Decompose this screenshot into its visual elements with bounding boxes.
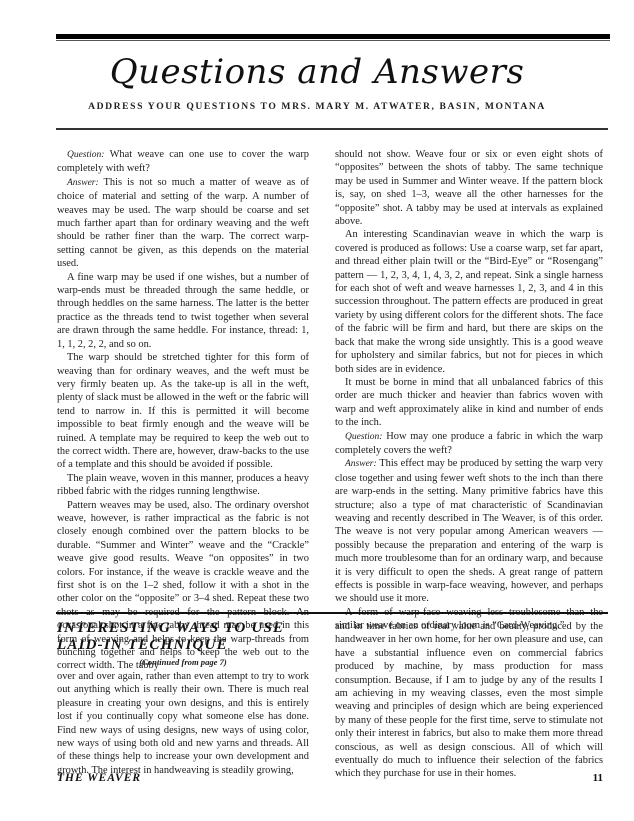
qa-paragraph: It must be borne in mind that all unbala… bbox=[335, 376, 603, 430]
question-label: Question: bbox=[345, 432, 382, 442]
answer-label: Answer: bbox=[67, 178, 99, 188]
article-left-column: over and over again, rather than even at… bbox=[57, 670, 309, 777]
article-divider bbox=[56, 612, 608, 614]
article-right-column: and in time fabrics of real value and be… bbox=[335, 620, 603, 781]
qa-paragraph: The warp should be stretched tighter for… bbox=[57, 351, 309, 472]
qa-paragraph: Question: What weave can one use to cove… bbox=[57, 148, 309, 176]
qa-paragraph: An interesting Scandinavian weave in whi… bbox=[335, 228, 603, 375]
qa-paragraph: should not show. Weave four or six or ev… bbox=[335, 148, 603, 228]
page-subtitle: ADDRESS YOUR QUESTIONS TO MRS. MARY M. A… bbox=[0, 101, 634, 112]
question-label: Question: bbox=[67, 150, 104, 160]
article-paragraph: over and over again, rather than even at… bbox=[57, 670, 309, 777]
article-paragraph: and in time fabrics of real value and be… bbox=[335, 620, 603, 781]
article-heading: INTERESTING WAYS TO USE LAID-IN TECHNIQU… bbox=[57, 620, 319, 654]
answer-label: Answer: bbox=[345, 459, 377, 469]
magazine-page: Questions and Answers ADDRESS YOUR QUEST… bbox=[0, 0, 634, 821]
publication-name: THE WEAVER bbox=[57, 772, 141, 784]
qa-paragraph: Answer: This is not so much a matter of … bbox=[57, 176, 309, 271]
section-divider bbox=[56, 128, 608, 130]
qa-left-column: Question: What weave can one use to cove… bbox=[57, 148, 309, 673]
qa-paragraph: Answer: This effect may be produced by s… bbox=[335, 457, 603, 605]
page-number: 11 bbox=[583, 772, 603, 784]
qa-paragraph: A fine warp may be used if one wishes, b… bbox=[57, 271, 309, 351]
top-rule bbox=[56, 34, 610, 39]
qa-paragraph: Question: How may one produce a fabric i… bbox=[335, 430, 603, 458]
page-title: Questions and Answers bbox=[0, 52, 634, 92]
qa-paragraph: The plain weave, woven in this manner, p… bbox=[57, 472, 309, 499]
top-rule-thin bbox=[56, 40, 610, 41]
continued-note: (Continued from page 7) bbox=[57, 657, 309, 667]
qa-right-column: should not show. Weave four or six or ev… bbox=[335, 148, 603, 633]
